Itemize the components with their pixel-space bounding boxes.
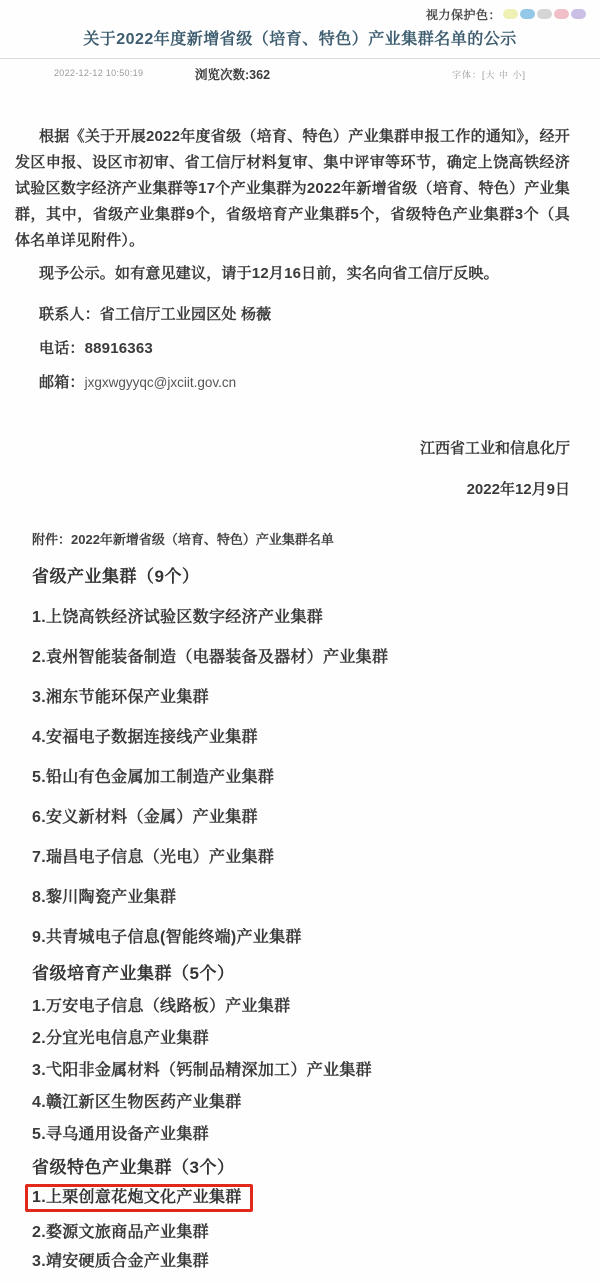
eye-protect-swatch-blue[interactable] [520, 9, 535, 19]
section-heading-provincial: 省级产业集群（9个） [32, 565, 570, 589]
email-label: 邮箱： [39, 374, 85, 391]
list-item: 3.弋阳非金属材料（钙制品精深加工）产业集群 [32, 1060, 570, 1082]
paragraph-main: 根据《关于开展2022年度省级（培育、特色）产业集群申报工作的通知》，经开发区申… [15, 124, 570, 254]
list-item: 5.寻乌通用设备产业集群 [32, 1124, 570, 1146]
eye-protect-swatch-yellow[interactable] [503, 9, 518, 19]
signature-date: 2022年12月9日 [15, 477, 570, 503]
list-item: 5.铅山有色金属加工制造产业集群 [32, 767, 570, 789]
meta-row: 2022-12-12 10:50:19 浏览次数:362 字体：[大 中 小] [0, 59, 600, 87]
highlighted-list-item-row: 1.上栗创意花炮文化产业集群 [32, 1184, 570, 1212]
list-item: 3.湘东节能环保产业集群 [32, 687, 570, 709]
section-heading-characteristic: 省级特色产业集群（3个） [32, 1156, 570, 1180]
list-item: 4.赣江新区生物医药产业集群 [32, 1092, 570, 1114]
eye-protect-swatch-pink[interactable] [554, 9, 569, 19]
contact-phone: 电话：88916363 [15, 336, 570, 362]
list-item: 3.靖安硬质合金产业集群 [32, 1251, 570, 1273]
list-item: 6.安义新材料（金属）产业集群 [32, 807, 570, 829]
page-title: 关于2022年度新增省级（培育、特色）产业集群名单的公示 [40, 29, 560, 51]
list-item: 1.万安电子信息（线路板）产业集群 [32, 996, 570, 1018]
cluster-list: 省级产业集群（9个） 1.上饶高铁经济试验区数字经济产业集群 2.袁州智能装备制… [32, 565, 570, 1273]
article-body: 根据《关于开展2022年度省级（培育、特色）产业集群申报工作的通知》，经开发区申… [0, 124, 600, 1273]
attachment-title: 附件：2022年新增省级（培育、特色）产业集群名单 [32, 531, 570, 549]
announcement-page: 视力保护色： 关于2022年度新增省级（培育、特色）产业集群名单的公示 2022… [0, 0, 600, 1283]
list-item: 2.分宜光电信息产业集群 [32, 1028, 570, 1050]
contact-email-line: 邮箱：jxgxwgyyqc@jxciit.gov.cn [15, 370, 570, 396]
list-item: 4.安福电子数据连接线产业集群 [32, 727, 570, 749]
section-heading-cultivation: 省级培育产业集群（5个） [32, 962, 570, 986]
paragraph-notice: 现予公示。如有意见建议，请于12月16日前，实名向省工信厅反映。 [15, 261, 570, 287]
eye-protect-bar: 视力保护色： [0, 0, 600, 21]
signature-org: 江西省工业和信息化厅 [15, 436, 570, 462]
view-count: 浏览次数:362 [195, 65, 270, 83]
eye-protect-swatch-purple[interactable] [571, 9, 586, 19]
font-size-control[interactable]: 字体：[大 中 小] [452, 68, 526, 81]
list-item: 7.瑞昌电子信息（光电）产业集群 [32, 847, 570, 869]
highlighted-list-item: 1.上栗创意花炮文化产业集群 [25, 1184, 253, 1212]
list-item: 1.上饶高铁经济试验区数字经济产业集群 [32, 607, 570, 629]
list-item: 9.共青城电子信息(智能终端)产业集群 [32, 927, 570, 949]
list-item: 2.袁州智能装备制造（电器装备及器材）产业集群 [32, 647, 570, 669]
eye-protect-swatch-gray[interactable] [537, 9, 552, 19]
email-address: jxgxwgyyqc@jxciit.gov.cn [85, 375, 237, 390]
list-item: 2.婺源文旅商品产业集群 [32, 1222, 570, 1244]
contact-person: 联系人：省工信厅工业园区处 杨薇 [15, 302, 570, 328]
publish-datetime: 2022-12-12 10:50:19 [54, 68, 143, 78]
eye-protect-label: 视力保护色： [426, 6, 501, 23]
list-item: 8.黎川陶瓷产业集群 [32, 887, 570, 909]
